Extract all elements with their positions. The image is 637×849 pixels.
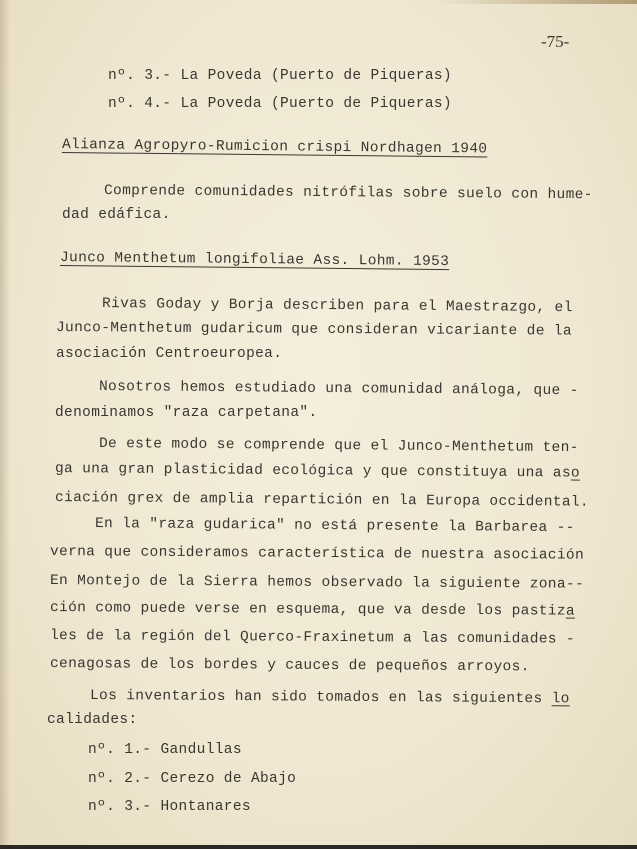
paragraph-line: Nosotros hemos estudiado una comunidad a…: [99, 379, 579, 399]
paragraph-line: asociación Centroeuropea.: [56, 346, 282, 362]
section-heading: Alianza Agropyro-Rumicion crispi Nordhag…: [62, 137, 488, 157]
page-number: -75-: [541, 32, 569, 52]
paragraph-line: De este modo se comprende que el Junco-M…: [99, 436, 579, 456]
paragraph-line: ga una gran plasticidad ecológica y que …: [55, 461, 580, 482]
paragraph-line: ción como puede verse en esquema, que va…: [50, 600, 575, 620]
document-page: -75- nº. 3.- La Poveda (Puerto de Piquer…: [0, 0, 637, 845]
paragraph-line: ciación grex de amplia repartición en la…: [55, 490, 589, 511]
paragraph-line: denominamos "raza carpetana".: [55, 405, 318, 421]
paragraph-line: les de la región del Querco-Fraxinetum a…: [50, 628, 575, 648]
paragraph-line: Junco-Menthetum gudaricum que consideran…: [56, 320, 572, 340]
list-item: nº. 2.- Cerezo de Abajo: [88, 771, 296, 787]
paragraph-line: Rivas Goday y Borja describen para el Ma…: [102, 296, 573, 316]
list-item: nº. 3.- Hontanares: [88, 799, 251, 815]
paragraph-line: verna que consideramos característica de…: [50, 544, 584, 564]
paragraph-line: cenagosas de los bordes y cauces de pequ…: [50, 656, 530, 675]
paragraph-line: En Montejo de la Sierra hemos observado …: [50, 573, 584, 593]
list-item: nº. 1.- Gandullas: [88, 742, 242, 758]
paragraph-line: dad edáfica.: [62, 207, 171, 223]
list-item: nº. 4.- La Poveda (Puerto de Piqueras): [108, 96, 452, 112]
list-item: nº. 3.- La Poveda (Puerto de Piqueras): [108, 68, 452, 84]
section-heading: Junco Menthetum longifoliae Ass. Lohm. 1…: [60, 250, 449, 270]
paragraph-line: Los inventarios han sido tomados en las …: [90, 688, 570, 707]
paragraph-line: En la "raza gudarica" no está presente l…: [95, 516, 575, 536]
paragraph-line: Comprende comunidades nitrófilas sobre s…: [104, 183, 593, 203]
paragraph-line: calidades:: [47, 712, 138, 728]
